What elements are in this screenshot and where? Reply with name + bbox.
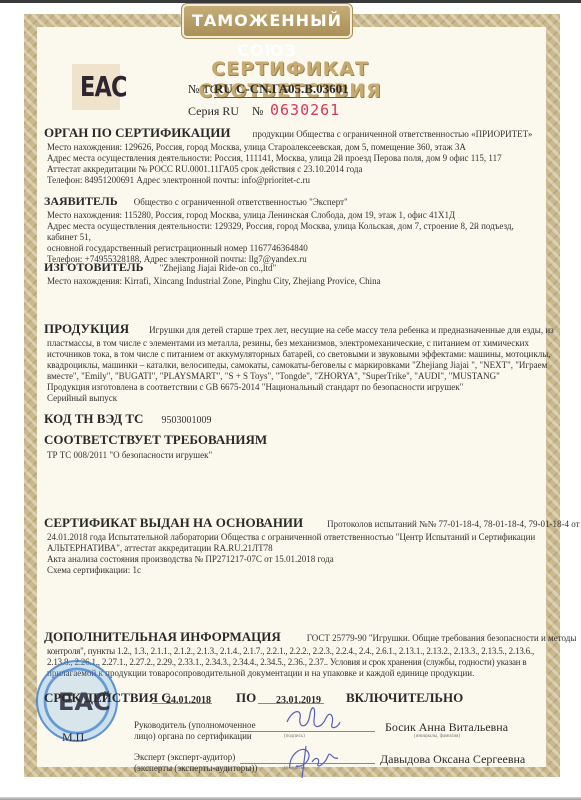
manufacturer-name: "Zhejiang Jiajai Ride-on co.,ltd" — [160, 263, 277, 273]
certification-body-name: продукции Общества с ограниченной ответс… — [253, 129, 533, 139]
requirements-value: ТР ТС 008/2011 "О безопасности игрушек" — [47, 450, 544, 461]
expert-name: Давыдова Оксана Сергеевна — [380, 752, 525, 767]
certification-body-heading: ОРГАН ПО СЕРТИФИКАЦИИ — [44, 125, 231, 140]
certification-body-section: ОРГАН ПО СЕРТИФИКАЦИИ продукции Общества… — [44, 124, 544, 186]
validity-from-date: 24.01.2018 — [166, 695, 211, 706]
head-name-caption: (инициалы, фамилия) — [414, 734, 460, 739]
product-line: Серийный выпуск — [47, 393, 549, 404]
basis-line: Схема сертификации: 1с — [47, 565, 549, 576]
certification-body-line: Аттестат аккредитации № РОСС RU.0001.11Г… — [47, 164, 544, 175]
applicant-line: основной государственный регистрационный… — [47, 243, 544, 254]
eac-logo-icon: ЕАС — [80, 70, 127, 103]
validity-inclusive-label: ВКЛЮЧИТЕЛЬНО — [346, 690, 463, 706]
basis-heading: СЕРТИФИКАТ ВЫДАН НА ОСНОВАНИИ — [44, 515, 303, 530]
basis-line: 24.01.2018 года Испытательной лаборатори… — [47, 532, 549, 543]
head-signature-icon — [282, 700, 342, 740]
product-line: Продукция изготовлена в соответствии с G… — [47, 382, 549, 393]
head-name: Босик Анна Витальевна — [385, 720, 508, 735]
certification-body-line: Телефон: 84951200691 Адрес электронной п… — [47, 175, 544, 186]
series-number: 0630261 — [270, 101, 340, 119]
tn-ved-value: 9503001009 — [161, 415, 211, 426]
additional-info-line: 2.13.8., 2.26.1., 2.27.1., 2.27.2., 2.29… — [47, 657, 554, 668]
manufacturer-line: Место нахождения: Kirrafi, Xincang Indus… — [47, 276, 544, 287]
manufacturer-heading: ИЗГОТОВИТЕЛЬ — [44, 260, 144, 274]
applicant-name: Общество с ограниченной ответственностью… — [134, 197, 348, 207]
basis-line: АЛЬТЕРНАТИВА", аттестат аккредитации RA.… — [47, 543, 549, 554]
validity-to-label: ПО — [236, 690, 256, 706]
applicant-line: Адрес места осуществления деятельности: … — [47, 221, 544, 243]
expert-signature-icon — [282, 738, 342, 780]
additional-info-line: прилагаемой к продукции товаросопроводит… — [47, 668, 554, 679]
basis-section: СЕРТИФИКАТ ВЫДАН НА ОСНОВАНИИ Протоколов… — [44, 514, 549, 576]
expert-role-line1: Эксперт (эксперт-аудитор) — [134, 752, 257, 763]
requirements-heading: СООТВЕТСТВУЕТ ТРЕБОВАНИЯМ — [44, 432, 544, 448]
expert-role-line2: (эксперты (эксперты-аудиторы)) — [134, 763, 257, 774]
product-first-line: Игрушки для детей старше трех лет, несущ… — [149, 325, 554, 335]
product-section: ПРОДУКЦИЯ Игрушки для детей старше трех … — [44, 320, 549, 404]
product-heading: ПРОДУКЦИЯ — [44, 321, 129, 336]
head-role: Руководитель (уполномоченное лицо) орган… — [134, 720, 256, 742]
basis-first-line: Протоколов испытаний №№ 77-01-18-4, 78-0… — [327, 519, 579, 529]
cert-number: RU C-CN.ГА05.В.03601 — [214, 81, 354, 98]
additional-info-first-line: ГОСТ 25779-90 "Игрушки. Общие требования… — [307, 633, 577, 643]
applicant-section: ЗАЯВИТЕЛЬ Общество с ограниченной ответс… — [44, 192, 544, 265]
series-number-label: № — [252, 104, 263, 119]
product-line: пластмассы, в том числе с элементами из … — [47, 338, 549, 349]
additional-info-line: контроля", пункты 1.2., 1.3., 2.1.1., 2.… — [47, 646, 554, 657]
product-line: квадроциклы, машинки – каталки, велосипе… — [47, 360, 549, 371]
requirements-section: СООТВЕТСТВУЕТ ТРЕБОВАНИЯМ ТР ТС 008/2011… — [44, 432, 544, 461]
certification-body-line: Адрес места осуществления деятельности: … — [47, 153, 544, 164]
manufacturer-section: ИЗГОТОВИТЕЛЬ "Zhejiang Jiajai Ride-on co… — [44, 258, 544, 287]
tn-ved-section: КОД ТН ВЭД ТС 9503001009 — [44, 410, 211, 428]
series-label: Серия RU — [188, 104, 239, 119]
customs-union-badge: ТАМОЖЕННЫЙ СОЮЗ — [182, 4, 352, 38]
top-edge — [0, 0, 581, 3]
basis-line: Акта анализа состояния производства № ПР… — [47, 554, 549, 565]
tn-ved-heading: КОД ТН ВЭД ТС — [44, 411, 143, 426]
applicant-heading: ЗАЯВИТЕЛЬ — [44, 194, 118, 208]
head-role-line1: Руководитель (уполномоченное — [134, 720, 256, 731]
certification-body-line: Место нахождения: 129626, Россия, город … — [47, 142, 544, 153]
product-line: источников тока, в том числе с питанием … — [47, 349, 549, 360]
product-line: вместе", "Emily", "BUGATI", "PLAYSMART",… — [47, 371, 549, 382]
head-role-line2: лицо) органа по сертификации — [134, 731, 256, 742]
additional-info-section: ДОПОЛНИТЕЛЬНАЯ ИНФОРМАЦИЯ ГОСТ 25779-90 … — [44, 628, 554, 679]
expert-role: Эксперт (эксперт-аудитор) (эксперты (экс… — [134, 752, 257, 774]
applicant-line: Место нахождения: 115280, Россия, город … — [47, 210, 544, 221]
additional-info-heading: ДОПОЛНИТЕЛЬНАЯ ИНФОРМАЦИЯ — [44, 629, 281, 644]
seal-label: М.П. — [62, 730, 87, 745]
